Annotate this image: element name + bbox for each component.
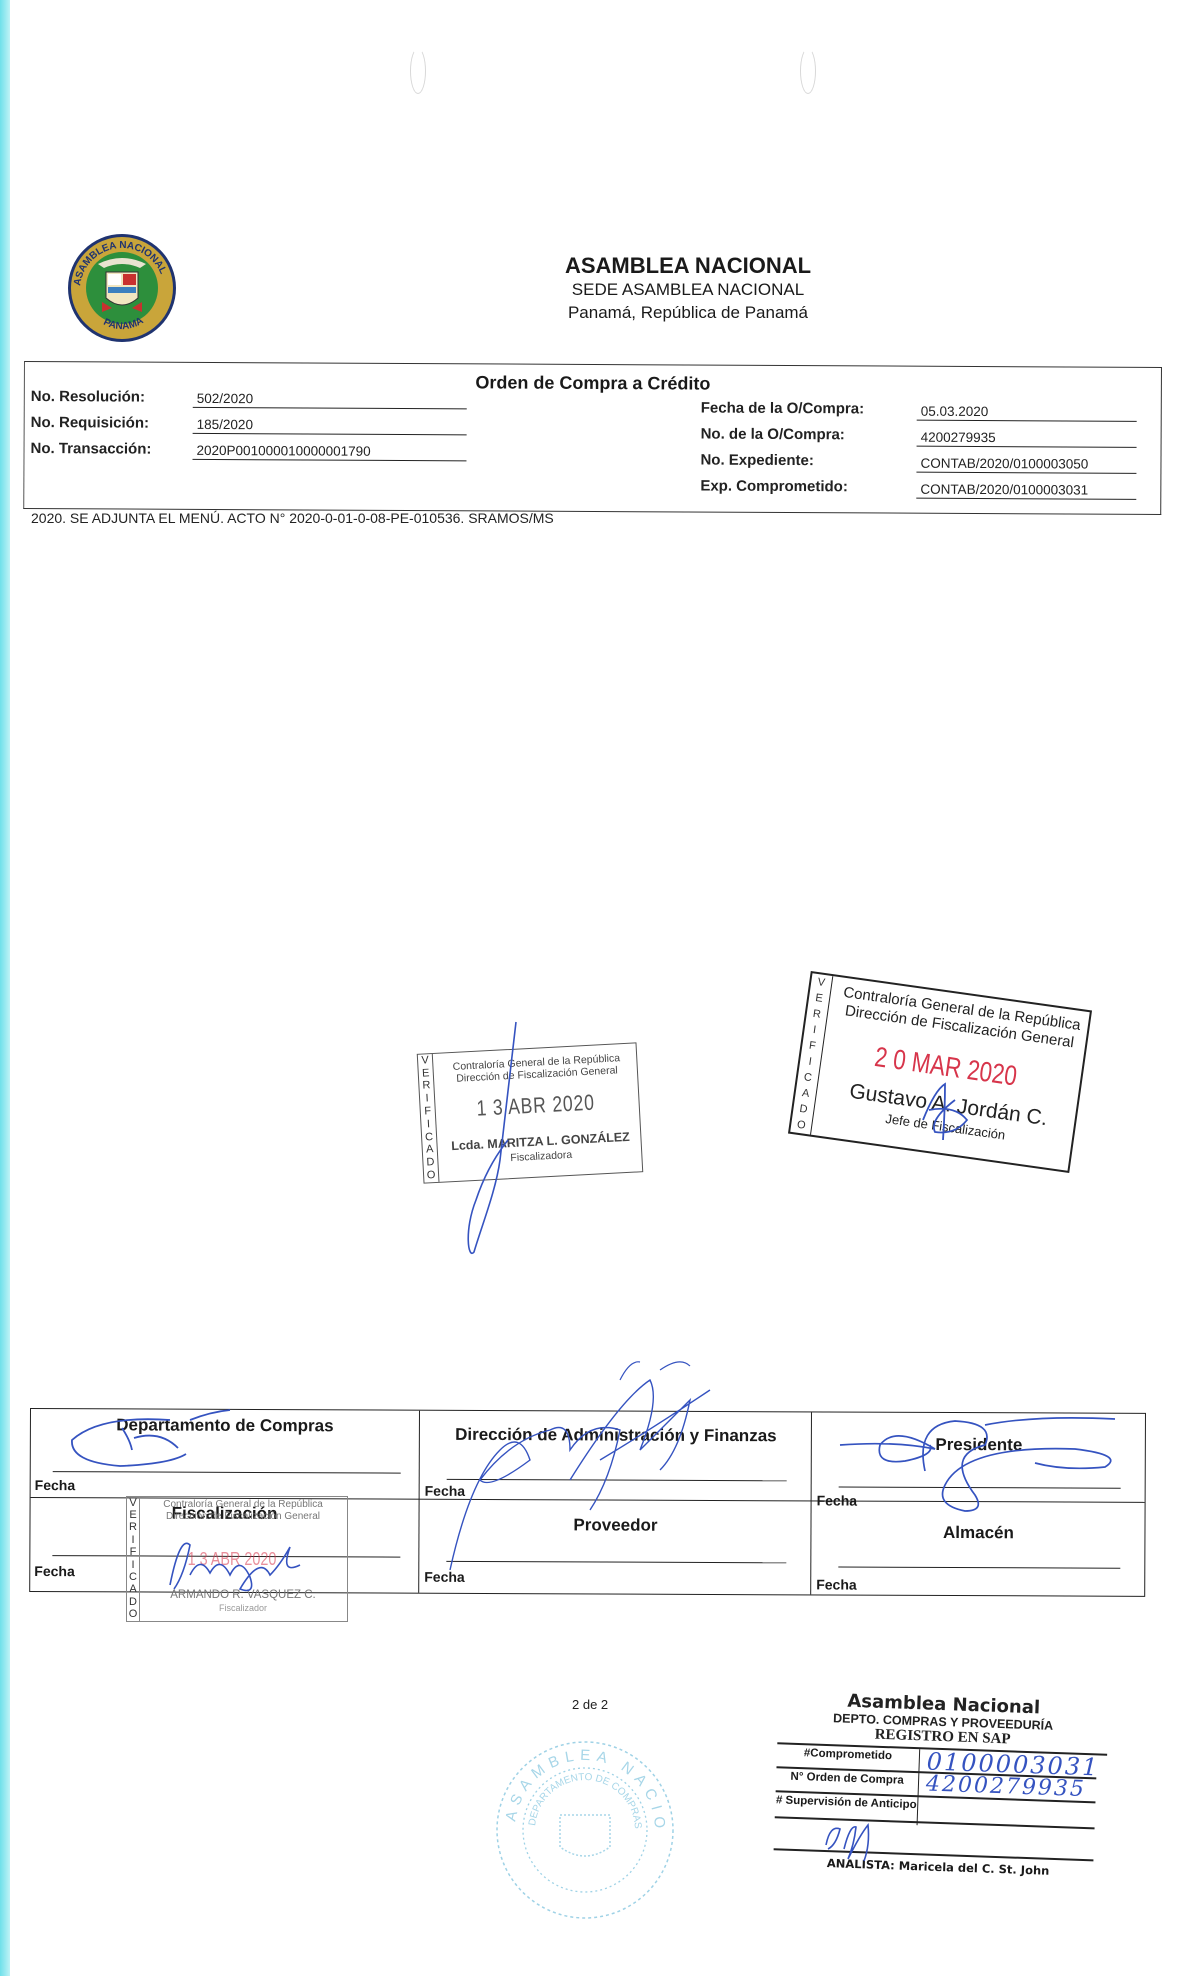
order-number-value: 4200279935	[917, 429, 1137, 448]
punch-hole	[410, 48, 426, 94]
signature-vasquez	[160, 1525, 320, 1595]
file-number-label: No. Expediente:	[700, 452, 813, 470]
order-note: 2020. SE ADJUNTA EL MENÚ. ACTO N° 2020-0…	[31, 510, 554, 526]
scan-edge	[0, 0, 10, 1976]
asamblea-logo-icon: ASAMBLEA NACIONAL PANAMA	[62, 232, 182, 344]
transaction-value: 2020P001000010000001790	[192, 442, 466, 461]
svg-text:DEPARTAMENTO DE COMPRAS: DEPARTAMENTO DE COMPRAS	[527, 1772, 643, 1830]
resolution-label: No. Resolución:	[31, 388, 145, 406]
committed-file-value: CONTAB/2020/0100003031	[916, 481, 1136, 500]
file-number-value: CONTAB/2020/0100003050	[916, 455, 1136, 474]
initials-analyst	[820, 1815, 880, 1865]
date-label: Fecha	[816, 1576, 857, 1592]
sap-row-label: N° Orden de Compra	[776, 1770, 918, 1787]
punch-hole	[800, 48, 816, 94]
requisition-value: 185/2020	[193, 416, 467, 435]
resolution-value: 502/2020	[193, 390, 467, 409]
organization-title: ASAMBLEA NACIONAL	[556, 253, 820, 279]
signature-line	[838, 1567, 1120, 1569]
department-seal-icon: ASAMBLEA NACIONAL DEPARTAMENTO DE COMPRA…	[490, 1735, 680, 1925]
sap-row-label: # Supervisión de Anticipo	[775, 1794, 917, 1811]
stamp-org-line: Contraloría General de la República	[143, 1499, 343, 1510]
stamp-officer-role: Fiscalizador	[143, 1603, 343, 1613]
signature-gonzalez	[460, 1020, 540, 1260]
committed-file-label: Exp. Comprometido:	[700, 478, 848, 496]
signature-compras	[60, 1400, 240, 1480]
date-label: Fecha	[34, 1563, 75, 1579]
signature-cell-almacen: Almacén Fecha	[812, 1502, 1144, 1595]
cell-title: Almacén	[812, 1522, 1144, 1543]
signature-presidente	[835, 1415, 1135, 1515]
transaction-label: No. Transacción:	[30, 440, 151, 458]
initials-jordan	[915, 1080, 975, 1150]
order-number-label: No. de la O/Compra:	[701, 426, 845, 444]
verified-vertical-label: VERIFICADO	[418, 1054, 440, 1183]
requisition-label: No. Requisición:	[31, 414, 149, 432]
order-date-label: Fecha de la O/Compra:	[701, 400, 864, 418]
verified-vertical-label: VERIFICADO	[127, 1497, 140, 1621]
stamp-dept-line: Dirección de Fiscalización General	[143, 1511, 343, 1522]
organization-subtitle: SEDE ASAMBLEA NACIONAL	[536, 280, 840, 300]
organization-location: Panamá, República de Panamá	[536, 303, 840, 323]
order-info-box: Orden de Compra a Crédito No. Resolución…	[23, 361, 1162, 515]
page-number: 2 de 2	[572, 1697, 608, 1712]
signature-admin-finanzas	[420, 1360, 740, 1580]
order-date-value: 05.03.2020	[917, 403, 1137, 422]
sap-row-label: #Comprometido	[777, 1746, 919, 1763]
